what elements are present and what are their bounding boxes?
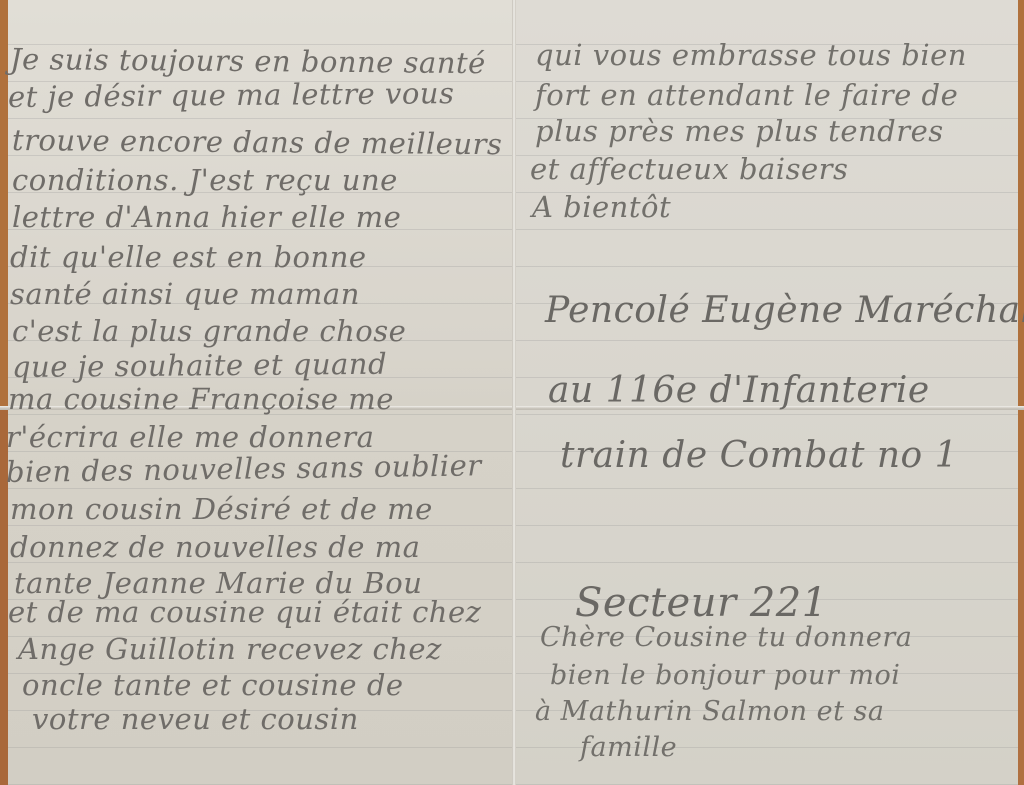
letter-line: dit qu'elle est en bonne <box>10 240 367 274</box>
letter-line: mon cousin Désiré et de me <box>10 492 433 526</box>
table-edge-right <box>1018 540 1024 785</box>
letter-line: c'est la plus grande chose <box>12 314 406 348</box>
vertical-fold <box>512 0 516 785</box>
signature-sector: Secteur 221 <box>575 580 828 626</box>
letter-line: oncle tante et cousine de <box>22 668 404 702</box>
letter-line: Je suis toujours en bonne santé <box>10 42 486 80</box>
letter-line: santé ainsi que maman <box>10 277 360 311</box>
letter-line: votre neveu et cousin <box>32 702 359 736</box>
letter-photo: Je suis toujours en bonne santé et je dé… <box>0 0 1024 785</box>
postscript-line: à Mathurin Salmon et sa <box>535 696 885 727</box>
signature-name: Pencolé Eugène Maréchal <box>545 290 1024 331</box>
letter-line: et de ma cousine qui était chez <box>8 595 481 629</box>
letter-line: ma cousine Françoise me <box>8 382 394 416</box>
postscript-line: bien le bonjour pour moi <box>550 660 900 691</box>
letter-line: Ange Guillotin recevez chez <box>18 632 442 666</box>
postscript-line: Chère Cousine tu donnera <box>540 622 912 653</box>
letter-line: fort en attendant le faire de <box>535 78 958 112</box>
letter-line: conditions. J'est reçu une <box>12 163 398 197</box>
signature-unit: au 116e d'Infanterie <box>548 370 930 411</box>
letter-line: bien des nouvelles sans oublier <box>6 448 482 489</box>
letter-line: lettre d'Anna hier elle me <box>12 200 401 234</box>
letter-line: qui vous embrasse tous bien <box>535 38 967 72</box>
letter-line: et je désir que ma lettre vous <box>8 76 455 114</box>
signature-train: train de Combat no 1 <box>560 435 958 476</box>
letter-line: donnez de nouvelles de ma <box>10 530 420 564</box>
letter-line: trouve encore dans de meilleurs <box>12 123 503 161</box>
letter-line: que je souhaite et quand <box>12 347 387 384</box>
letter-line: et affectueux baisers <box>530 152 848 186</box>
closing: A bientôt <box>532 190 671 224</box>
letter-line: r'écrira elle me donnera <box>6 420 374 454</box>
letter-line: plus près mes plus tendres <box>535 114 944 148</box>
postscript-line: famille <box>580 732 677 763</box>
